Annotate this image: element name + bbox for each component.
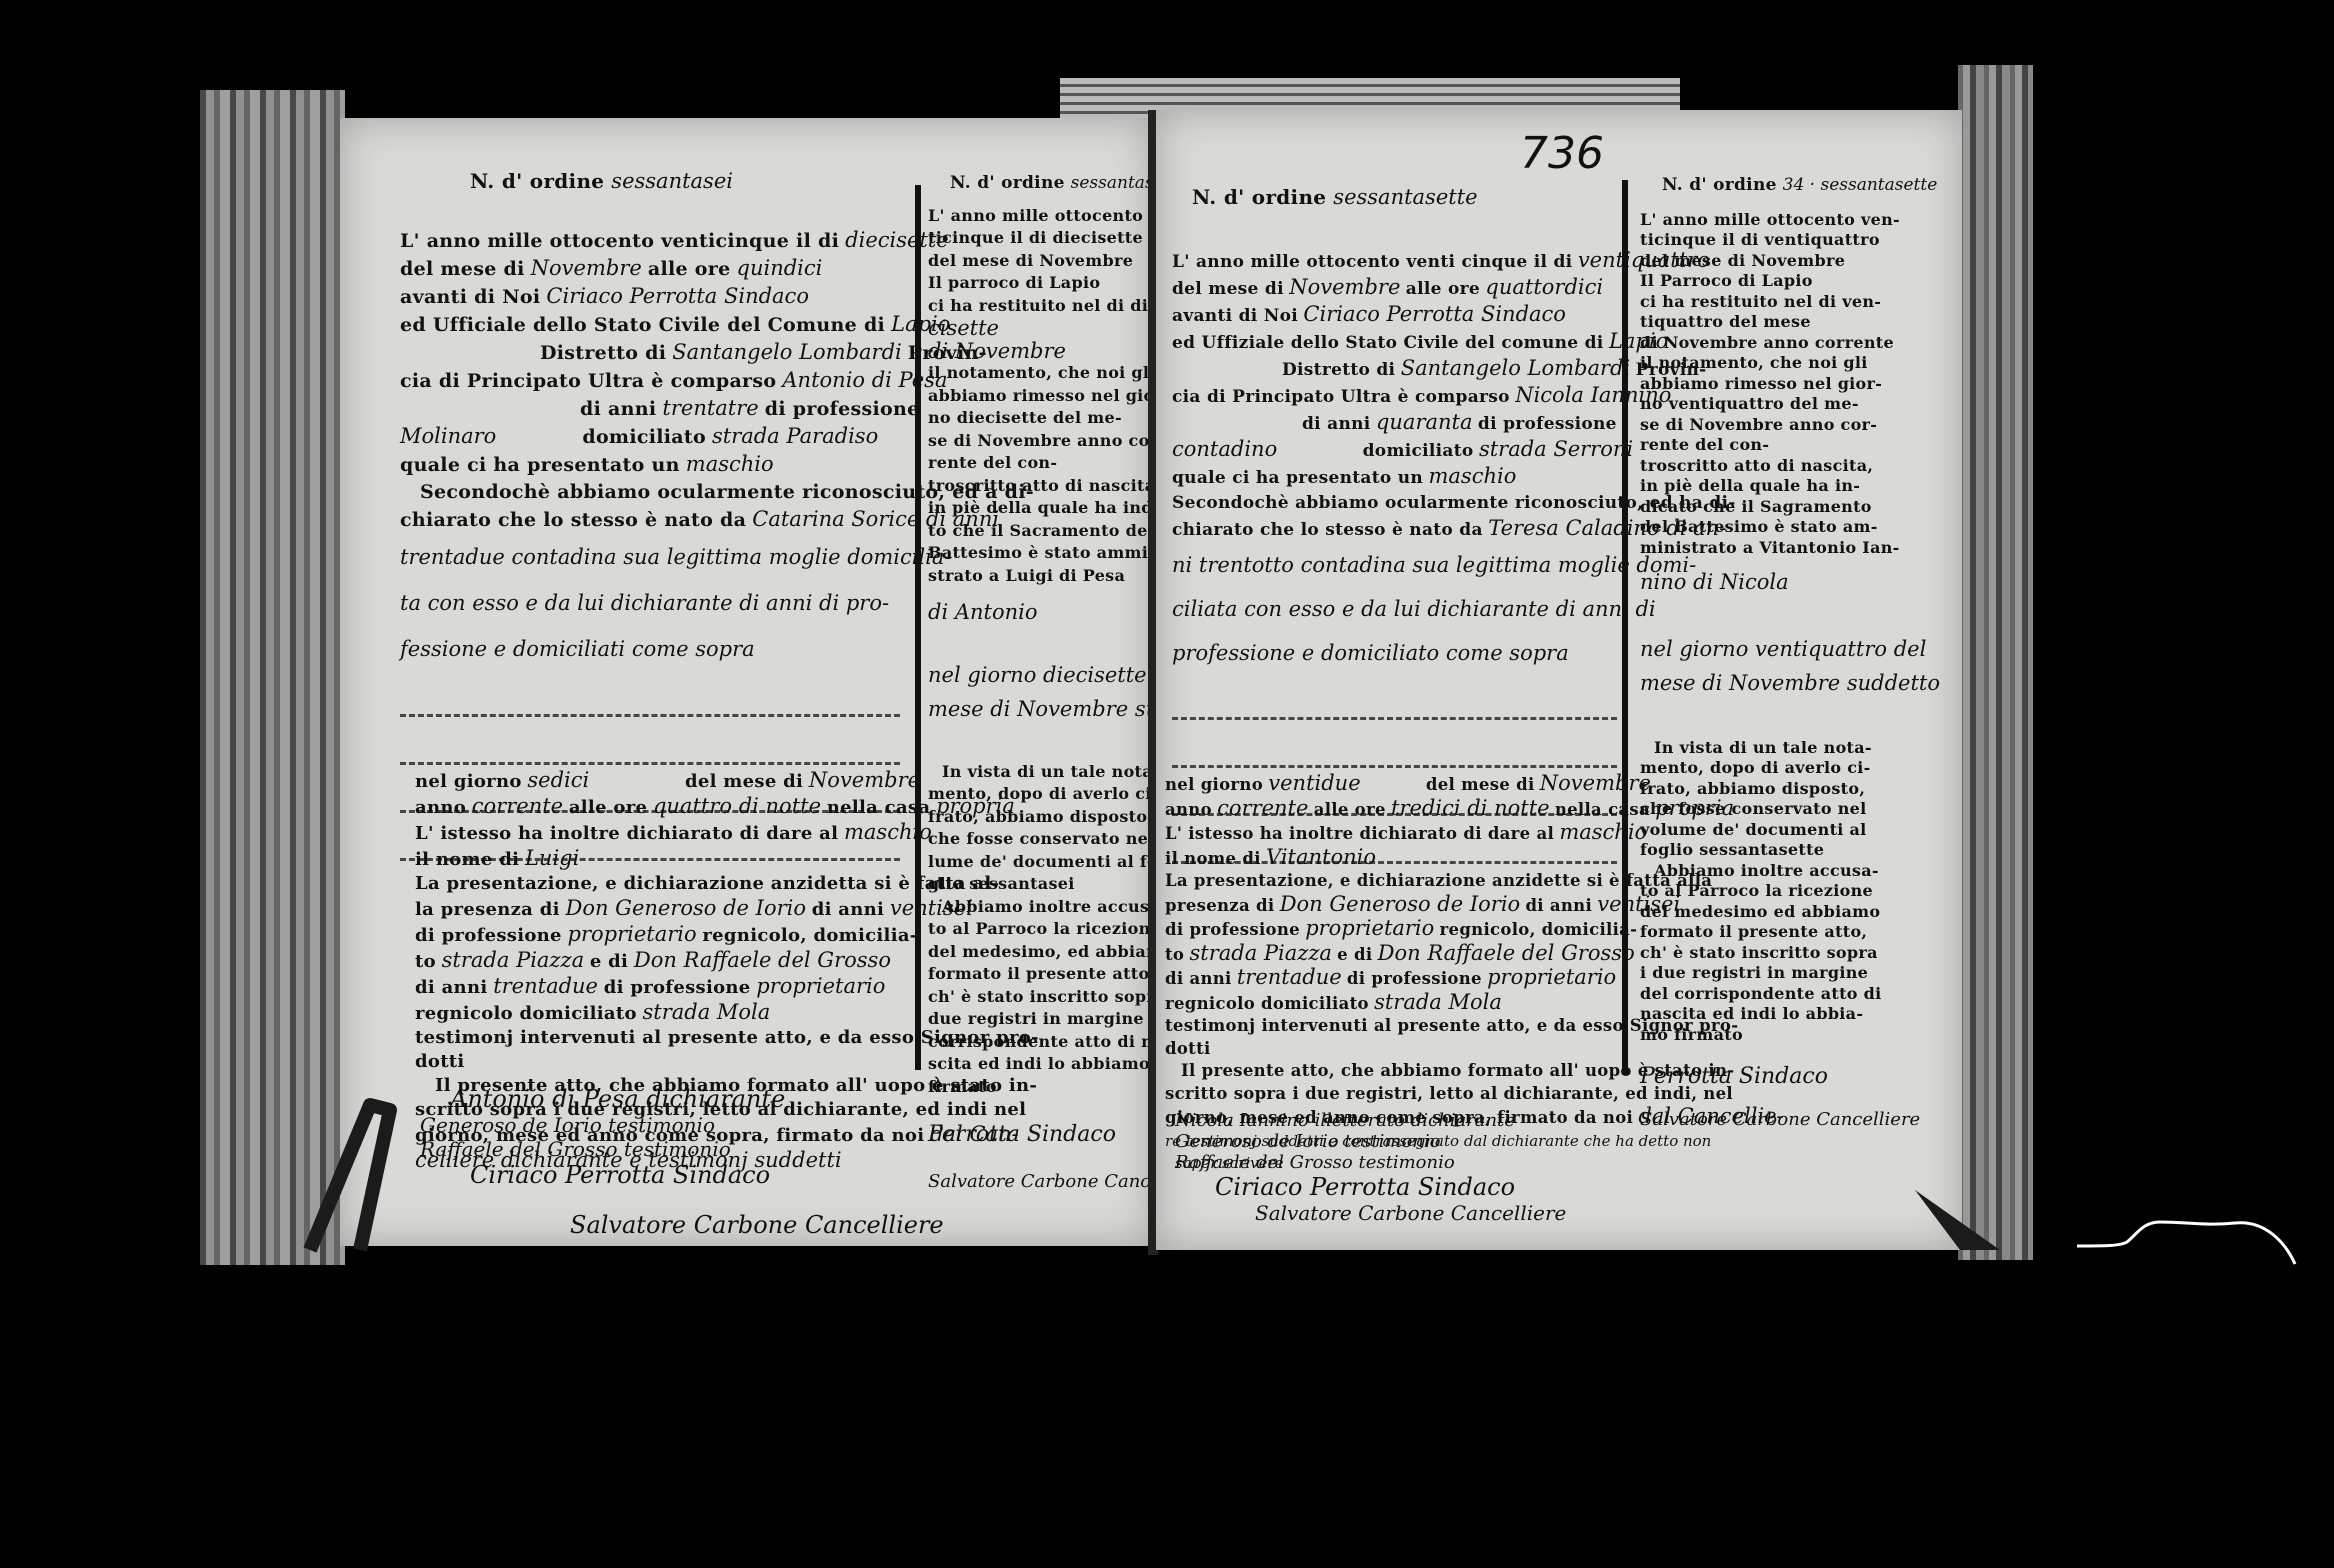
- signature-witness: Generoso de Iorio testimonio: [420, 1113, 944, 1137]
- signature-witness: Raffaele del Grosso testimonio: [420, 1137, 944, 1161]
- counterfoil-line: i due registri in margine: [1640, 963, 1940, 984]
- counterfoil-line: nino di Nicola: [1640, 572, 1940, 593]
- counterfoil-line: lume de' documenti al fo-: [928, 851, 1148, 874]
- counterfoil-line: L' anno mille ottocento ven-: [928, 205, 1148, 228]
- squiggle-mark-icon: [2075, 1212, 2305, 1272]
- record-line: Secondochè abbiamo ocularmente riconosci…: [1172, 491, 1617, 516]
- counterfoil-line: tiquattro del mese: [1640, 312, 1940, 333]
- record-line: avanti di Noi Ciriaco Perrotta Sindaco: [1172, 302, 1617, 329]
- counterfoil-line: In vista di un tale nota-: [928, 761, 1148, 784]
- counterfoil-line: cisette: [928, 317, 1148, 340]
- counterfoil-line: il notamento, che noi gli: [1640, 353, 1940, 374]
- record-line: L' anno mille ottocento venti cinque il …: [1172, 248, 1617, 275]
- counterfoil-line: mese di Novembre suddetto: [928, 698, 1148, 721]
- record-line: ni trentotto contadina sua legittima mog…: [1172, 543, 1617, 587]
- counterfoil-line: ministrato a Vitantonio Ian-: [1640, 538, 1940, 559]
- counterfoil-line: ticinque il di diecisette: [928, 227, 1148, 250]
- counterfoil-line: volume de' documenti al: [1640, 820, 1940, 841]
- counterfoil-line: glio sessantasei: [928, 873, 1148, 896]
- counterfoil-line: firmato: [928, 1076, 1148, 1099]
- counterfoil-line: di Novembre anno corrente: [1640, 333, 1940, 354]
- signature-chancellor: Salvatore Carbone Cancelliere: [1640, 1110, 1940, 1131]
- record-line: cia di Principato Ultra è comparso Nicol…: [1172, 383, 1617, 410]
- counterfoil-line: Battesimo è stato ammini-: [928, 542, 1148, 565]
- signature-mayor: Ciriaco Perrotta Sindaco: [470, 1161, 944, 1189]
- signature-witness: Raffaele del Grosso testimonio: [1175, 1152, 1566, 1173]
- counterfoil-line: dicato che il Sagramento: [1640, 497, 1940, 518]
- counterfoil-line: mento, dopo di averlo ci-: [1640, 758, 1940, 779]
- counterfoil-line: ticinque il di ventiquattro: [1640, 230, 1940, 251]
- signature-witness: Generoso de Iorio testimonio: [1175, 1131, 1566, 1152]
- record-heading: N. d' ordine sessantasei: [470, 168, 900, 195]
- counterfoil-line: ch' è stato inscritto sopra i: [928, 986, 1148, 1009]
- counterfoil-line: ch' è stato inscritto sopra: [1640, 943, 1940, 964]
- counterfoil-line: Il parroco di Lapio: [928, 272, 1148, 295]
- record-line: di professione proprietario regnicolo, d…: [1165, 917, 1615, 942]
- counterfoil-line: se di Novembre anno cor-: [1640, 415, 1940, 436]
- left-record: N. d' ordine sessantasei L' anno mille o…: [400, 168, 900, 864]
- page-number: 736: [1520, 128, 1604, 179]
- counterfoil-line: troscritto atto di nascita,: [928, 475, 1148, 498]
- counterfoil-line: mese di Novembre suddetto: [1640, 673, 1940, 694]
- record-line: anno corrente alle ore tredici di notte …: [1165, 797, 1615, 822]
- counterfoil-line: corrispondente atto di na-: [928, 1031, 1148, 1054]
- record-line: testimonj intervenuti al presente atto, …: [1165, 1015, 1615, 1038]
- signature-chancellor: Salvatore Carbone Cancelliere: [1255, 1201, 1566, 1225]
- counterfoil-line: rente del con-: [1640, 435, 1940, 456]
- counterfoil-line: to al Parroco la ricezione: [928, 918, 1148, 941]
- signature-chancellor: Salvatore Carbone Cancelliere: [928, 1171, 1148, 1194]
- right-record: N. d' ordine sessantasette L' anno mille…: [1172, 185, 1617, 867]
- signature-mayor: Perrotta Sindaco: [928, 1124, 1148, 1147]
- counterfoil-heading: N. d' ordine 34 · sessantasette: [1662, 175, 1940, 196]
- left-page-edges: [200, 90, 345, 1265]
- right-signatures: Nicola Iannino illetterato dichiarante G…: [1175, 1110, 1566, 1225]
- record-line: il nome di Luigi: [415, 846, 910, 872]
- counterfoil-line: in piè della quale ha indica-: [928, 497, 1148, 520]
- counterfoil-line: no diecisette del me-: [928, 407, 1148, 430]
- record-line: del mese di Novembre alle ore quindici: [400, 255, 900, 283]
- counterfoil-line: del Battesimo è stato am-: [1640, 517, 1940, 538]
- counterfoil-line: ci ha restituito nel di ven-: [1640, 292, 1940, 313]
- record-line: il nome di Vitantonio: [1165, 846, 1615, 871]
- record-line: dotti: [415, 1050, 910, 1074]
- counterfoil-line: no ventiquattro del me-: [1640, 394, 1940, 415]
- counterfoil-line: abbiamo rimesso nel gior-: [1640, 374, 1940, 395]
- record-line: di anni quaranta di professione: [1172, 410, 1617, 437]
- right-page-edges: [1958, 65, 2033, 1260]
- record-line: professione e domiciliato come sopra: [1172, 631, 1617, 675]
- counterfoil-line: L' anno mille ottocento ven-: [1640, 210, 1940, 231]
- counterfoil-line: nascita ed indi lo abbia-: [1640, 1004, 1940, 1025]
- record-line: to strada Piazza e di Don Raffaele del G…: [1165, 942, 1615, 967]
- record-line: di professione proprietario regnicolo, d…: [415, 922, 910, 948]
- blank-line: [400, 714, 900, 720]
- counterfoil-line: di Antonio: [928, 601, 1148, 624]
- counterfoil-line: foglio sessantasette: [1640, 840, 1940, 861]
- record-line: ed Uffiziale dello Stato Civile del comu…: [1172, 329, 1617, 356]
- record-line: Il presente atto, che abbiamo formato al…: [1165, 1060, 1615, 1083]
- record-line: avanti di Noi Ciriaco Perrotta Sindaco: [400, 283, 900, 311]
- record-line: ta con esso e da lui dichiarante di anni…: [400, 580, 900, 626]
- counterfoil-line: frato, abbiamo disposto,: [1640, 779, 1940, 800]
- counterfoil-line: del corrispondente atto di: [1640, 984, 1940, 1005]
- record-line: testimonj intervenuti al presente atto, …: [415, 1026, 910, 1050]
- record-line: La presentazione, e dichiarazione anzide…: [1165, 870, 1615, 893]
- counterfoil-line: scita ed indi lo abbiamo: [928, 1053, 1148, 1076]
- counterfoil-line: di Novembre: [928, 340, 1148, 363]
- record-line: L' istesso ha inoltre dichiarato di dare…: [1165, 821, 1615, 846]
- record-line: fessione e domiciliati come sopra: [400, 626, 900, 672]
- counterfoil-line: troscritto atto di nascita,: [1640, 456, 1940, 477]
- record-line: trentadue contadina sua legittima moglie…: [400, 534, 900, 580]
- record-line: L' istesso ha inoltre dichiarato di dare…: [415, 820, 910, 846]
- record-line: anno corrente alle ore quattro di notte …: [415, 794, 910, 820]
- signature-mayor: Ciriaco Perrotta Sindaco: [1215, 1173, 1566, 1201]
- counterfoil-line: nel giorno ventiquattro del: [1640, 639, 1940, 660]
- counterfoil-line: strato a Luigi di Pesa: [928, 565, 1148, 588]
- counterfoil-line: che fosse conservato nel: [1640, 799, 1940, 820]
- record-line: del mese di Novembre alle ore quattordic…: [1172, 275, 1617, 302]
- record-line: la presenza di Don Generoso de Iorio di …: [415, 896, 910, 922]
- signature-declarant: Antonio di Pesa dichiarante: [450, 1085, 944, 1113]
- counterfoil-line: frato, abbiamo disposto,: [928, 806, 1148, 829]
- record-heading: N. d' ordine sessantasette: [1192, 185, 1617, 210]
- counterfoil-line: rente del con-: [928, 452, 1148, 475]
- counterfoil-line: il notamento, che noi gli: [928, 362, 1148, 385]
- record-line: presenza di Don Generoso de Iorio di ann…: [1165, 893, 1615, 918]
- record-line: nel giorno sedici del mese di Novembre: [415, 768, 910, 794]
- right-page-clip-icon: [1900, 1180, 2020, 1260]
- counterfoil-line: In vista di un tale nota-: [1640, 738, 1940, 759]
- record-line: scritto sopra i due registri, letto al d…: [1165, 1083, 1615, 1106]
- counterfoil-line: del mese di Novembre: [928, 250, 1148, 273]
- record-line: di anni trentadue di professione proprie…: [1165, 966, 1615, 991]
- record-line: quale ci ha presentato un maschio: [1172, 464, 1617, 491]
- record-line: nel giorno ventidue del mese di Novembre: [1165, 772, 1615, 797]
- counterfoil-line: abbiamo rimesso nel gior-: [928, 385, 1148, 408]
- counterfoil-line: se di Novembre anno cor-: [928, 430, 1148, 453]
- right-counterfoil: N. d' ordine 34 · sessantasette L' anno …: [1640, 175, 1940, 1130]
- counterfoil-line: to che il Sacramento del: [928, 520, 1148, 543]
- record-line: Distretto di Santangelo Lombardi Provin-: [1172, 356, 1617, 383]
- counterfoil-line: Abbiamo inoltre accusa-: [1640, 861, 1940, 882]
- counterfoil-line: che fosse conservato nel vo-: [928, 828, 1148, 851]
- record-line: chiarato che lo stesso è nato da Catarin…: [400, 506, 900, 534]
- signature-declarant: Nicola Iannino illetterato dichiarante: [1175, 1110, 1566, 1131]
- record-line: regnicolo domiciliato strada Mola: [1165, 991, 1615, 1016]
- record-line: to strada Piazza e di Don Raffaele del G…: [415, 948, 910, 974]
- counterfoil-line: mo firmato: [1640, 1025, 1940, 1046]
- counterfoil-line: in piè della quale ha in-: [1640, 476, 1940, 497]
- record-line: di anni trentatre di professione: [400, 395, 900, 423]
- record-line: Molinaro domiciliato strada Paradiso: [400, 423, 900, 451]
- record-line: regnicolo domiciliato strada Mola: [415, 1000, 910, 1026]
- counterfoil-line: Abbiamo inoltre accusa-: [928, 896, 1148, 919]
- left-page-clip-icon: [300, 1090, 420, 1260]
- record-line: cia di Principato Ultra è comparso Anton…: [400, 367, 900, 395]
- counterfoil-heading: N. d' ordine sessantasei: [950, 172, 1148, 195]
- counterfoil-line: ci ha restituito nel di die-: [928, 295, 1148, 318]
- counterfoil-line: formato il presente atto,: [1640, 922, 1940, 943]
- record-line: di anni trentadue di professione proprie…: [415, 974, 910, 1000]
- record-line: ciliata con esso e da lui dichiarante di…: [1172, 587, 1617, 631]
- left-counterfoil: N. d' ordine sessantasei L' anno mille o…: [928, 172, 1148, 1193]
- signature-chancellor: Salvatore Carbone Cancelliere: [570, 1211, 944, 1239]
- record-line: quale ci ha presentato un maschio: [400, 451, 900, 479]
- counterfoil-line: to al Parroco la ricezione: [1640, 881, 1940, 902]
- blank-line: [1172, 717, 1617, 723]
- record-line: Distretto di Santangelo Lombardi Provin-: [400, 339, 900, 367]
- record-line: Secondochè abbiamo ocularmente riconosci…: [400, 479, 900, 506]
- record-line: L' anno mille ottocento venticinque il d…: [400, 227, 900, 255]
- counterfoil-line: nel giorno diecisette del: [928, 664, 1148, 687]
- record-line: chiarato che lo stesso è nato da Teresa …: [1172, 516, 1617, 543]
- signature-mayor: Perrotta Sindaco: [1640, 1067, 1940, 1088]
- counterfoil-line: mento, dopo di averlo ci-: [928, 783, 1148, 806]
- record-line: dotti: [1165, 1038, 1615, 1061]
- record-line: ed Ufficiale dello Stato Civile del Comu…: [400, 311, 900, 339]
- record-line: La presentazione, e dichiarazione anzide…: [415, 872, 910, 896]
- record-line: contadino domiciliato strada Serroni: [1172, 437, 1617, 464]
- counterfoil-line: Il Parroco di Lapio: [1640, 271, 1940, 292]
- counterfoil-line: due registri in margine del: [928, 1008, 1148, 1031]
- counterfoil-line: formato il presente atto,: [928, 963, 1148, 986]
- counterfoil-line: del medesimo, ed abbiamo: [928, 941, 1148, 964]
- counterfoil-line: del medesimo ed abbiamo: [1640, 902, 1940, 923]
- counterfoil-line: del mese di Novembre: [1640, 251, 1940, 272]
- left-signatures: Antonio di Pesa dichiarante Generoso de …: [420, 1085, 944, 1239]
